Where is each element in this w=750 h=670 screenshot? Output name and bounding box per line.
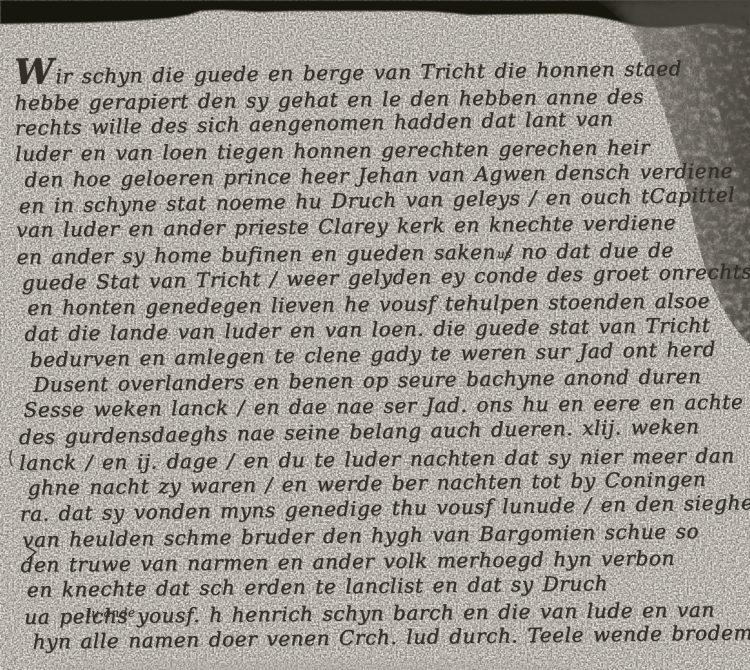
interlinear-insertion: tu ande [86,606,136,621]
manuscript-scan-page: Wir schyn die guede en berge van Tricht … [0,0,750,670]
photo-top-edge [0,0,750,30]
manuscript-text-block: Wir schyn die guede en berge van Tricht … [14,51,738,656]
bottom-edge-smudge [30,663,590,670]
margin-stray-mark-1 [10,450,12,466]
interlinear-insertion: us [497,247,512,261]
